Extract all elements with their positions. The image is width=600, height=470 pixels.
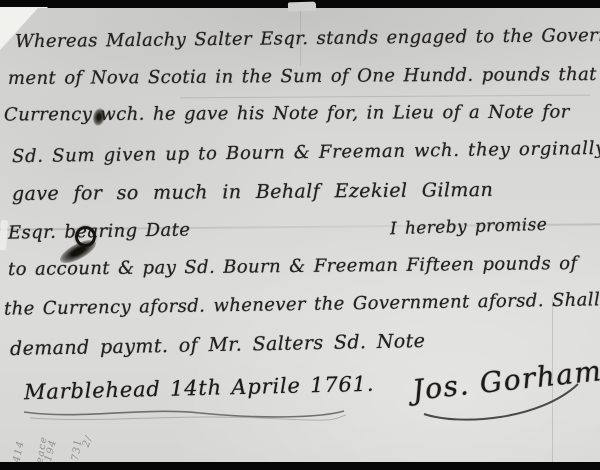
manuscript-line-5: gave for so much in Behalf Ezekiel Gilma… bbox=[12, 179, 493, 205]
manuscript-line-9: demand paymt. of Mr. Salters Sd. Note bbox=[10, 330, 426, 360]
signature-swash bbox=[420, 374, 590, 426]
manuscript-line-4: Sd. Sum given up to Bourn & Freeman wch.… bbox=[12, 138, 600, 167]
manuscript-paper: Whereas Malachy Salter Esqr. stands enga… bbox=[0, 8, 600, 462]
manuscript-line-7: to account & pay Sd. Bourn & Freeman Fif… bbox=[8, 253, 578, 280]
date-underline-flourish bbox=[20, 402, 350, 426]
pencil-note: 414 bbox=[11, 440, 26, 464]
scanned-document: Whereas Malachy Salter Esqr. stands enga… bbox=[0, 0, 600, 470]
manuscript-line-6-left: Esqr. bearing Date bbox=[8, 219, 191, 243]
manuscript-line-6-right: I hereby promise bbox=[390, 215, 548, 239]
manuscript-line-8: the Currency aforsd. whenever the Govern… bbox=[4, 289, 600, 319]
manuscript-line-2: ment of Nova Scotia in the Sum of One Hu… bbox=[8, 64, 597, 89]
manuscript-line-3: Currency wch. he gave his Note for, in L… bbox=[4, 102, 570, 126]
torn-paper-edge bbox=[288, 2, 316, 12]
date-line: Marblehead 14th Aprile 1761. bbox=[24, 372, 375, 405]
manuscript-line-1: Whereas Malachy Salter Esqr. stands enga… bbox=[15, 25, 600, 52]
crease-line bbox=[180, 95, 590, 99]
